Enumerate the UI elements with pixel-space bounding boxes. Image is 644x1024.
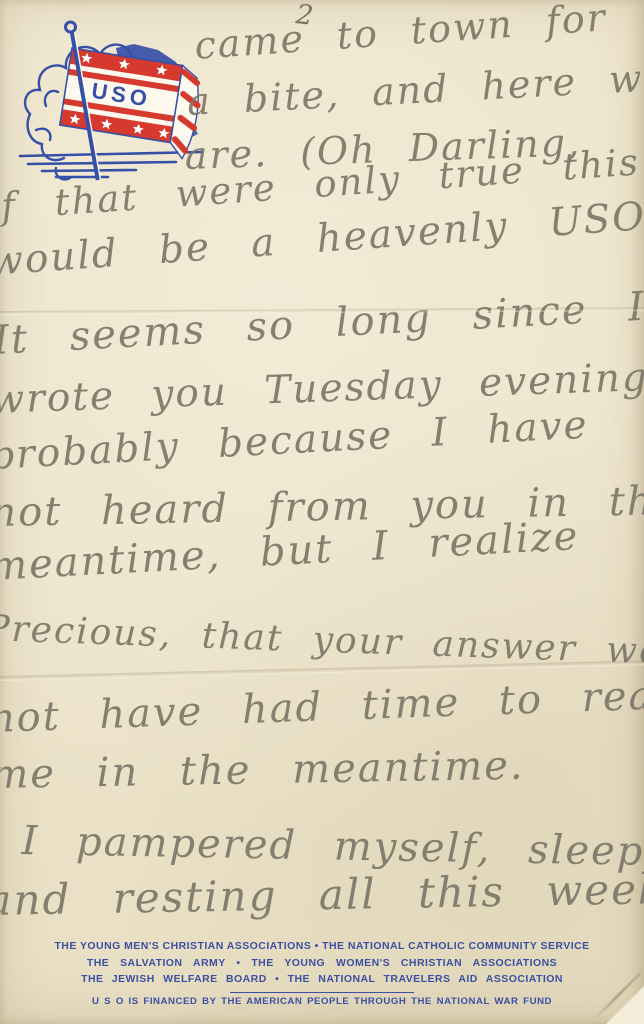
footer-org-line: THE JEWISH WELFARE BOARD • THE NATIONAL … bbox=[48, 971, 596, 988]
footer-org-line: THE YOUNG MEN'S CHRISTIAN ASSOCIATIONS •… bbox=[48, 938, 596, 955]
footer-funding-line: U S O IS FINANCED BY THE AMERICAN PEOPLE… bbox=[48, 996, 596, 1007]
footer-divider bbox=[230, 992, 414, 993]
footer-org-line: THE SALVATION ARMY • THE YOUNG WOMEN'S C… bbox=[48, 955, 596, 972]
letter-paper: USO 2 came to town for a bite, and here … bbox=[0, 0, 644, 1024]
handwritten-line: not have had time to reach bbox=[0, 671, 644, 742]
handwritten-line: me in the meantime. bbox=[0, 743, 525, 798]
handwritten-line: came to town for bbox=[193, 0, 608, 68]
handwritten-line: and resting all this week bbox=[0, 864, 644, 925]
corner-fold bbox=[603, 983, 644, 1024]
handwritten-line: a bite, and here we bbox=[186, 55, 644, 124]
uso-flag-logo: USO bbox=[16, 18, 212, 186]
stationery-footer: THE YOUNG MEN'S CHRISTIAN ASSOCIATIONS •… bbox=[48, 938, 596, 1007]
handwritten-line: Precious, that your answer would bbox=[0, 608, 644, 675]
handwritten-line: It seems so long since I bbox=[0, 284, 644, 364]
